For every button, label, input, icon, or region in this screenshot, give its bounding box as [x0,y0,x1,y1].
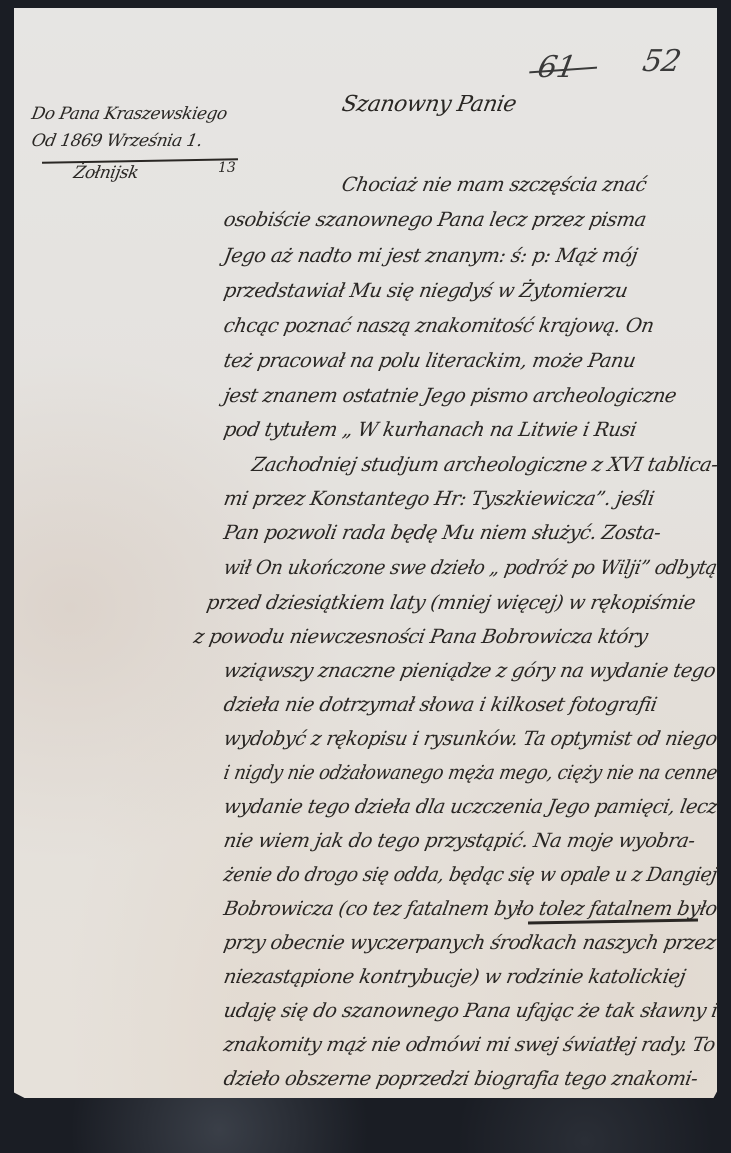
letter-line-11: Pan pozwoli rada będę Mu niem służyć. Zo… [222,521,662,544]
salutation: Szanowny Panie [340,92,518,117]
letter-line-22: Bobrowicza (co tez fatalnem było tolez f… [222,897,719,920]
margin-note-number: 13 [218,160,236,176]
line-22-text: Bobrowicza (co tez fatalnem było tolez f… [222,897,719,920]
letter-line-21: żenie do drogo się odda, będąc się w opa… [222,863,719,886]
letter-line-27: dzieło obszerne poprzedzi biografia tego… [222,1067,699,1090]
letter-line-12: wił On ukończone swe dzieło „ podróż po … [222,556,719,579]
letter-line-8: pod tytułem „ W kurhanach na Litwie i Ru… [222,418,638,441]
letter-line-15: wziąwszy znaczne pieniądze z góry na wyd… [222,659,717,682]
letter-line-16: dzieła nie dotrzymał słowa i kilkoset fo… [222,693,659,716]
old-folio-number-struck: 61 [535,50,578,85]
margin-note-place: Żołnijsk [72,163,140,183]
letter-line-25: udaję się do szanownego Pana ufając że t… [222,999,719,1022]
letter-line-1: Chociaż nie mam szczęścia znać [340,173,648,196]
letter-line-18: i nigdy nie odżałowanego męża mego, cięż… [222,761,719,784]
letter-line-17: wydobyć z rękopisu i rysunków. Ta optymi… [222,727,719,750]
letter-line-20: nie wiem jak do tego przystąpić. Na moje… [222,829,697,852]
folio-number: 52 [640,44,683,79]
letter-line-23: przy obecnie wyczerpanych środkach naszy… [222,931,717,954]
margin-note-date: Od 1869 Września 1. [30,131,204,151]
letter-line-9: Zachodniej studjum archeologiczne z XVI … [250,453,719,476]
letter-line-7: jest znanem ostatnie Jego pismo archeolo… [222,384,678,407]
letter-line-24: niezastąpione kontrybucje) w rodzinie ka… [222,965,687,988]
letter-line-26: znakomity mąż nie odmówi mi swej światłe… [222,1033,717,1056]
letter-line-3: Jego aż nadto mi jest znanym: ś: p: Mąż … [222,244,639,267]
letter-line-6: też pracował na polu literackim, może Pa… [222,349,637,372]
letter-line-2: osobiście szanownego Pana lecz przez pis… [222,208,648,231]
letter-line-19: wydanie tego dzieła dla uczczenia Jego p… [222,795,719,818]
letter-line-10: mi przez Konstantego Hr: Tyszkiewicza”. … [222,487,656,510]
letter-line-13: przed dziesiątkiem laty (mniej więcej) w… [205,591,697,614]
letter-line-4: przedstawiał Mu się niegdyś w Żytomierzu [222,279,629,302]
letter-line-5: chcąc poznać naszą znakomitość krajową. … [222,314,656,337]
letter-line-14: z powodu niewczesności Pana Bobrowicza k… [192,625,649,648]
margin-note-recipient: Do Pana Kraszewskiego [30,104,228,124]
